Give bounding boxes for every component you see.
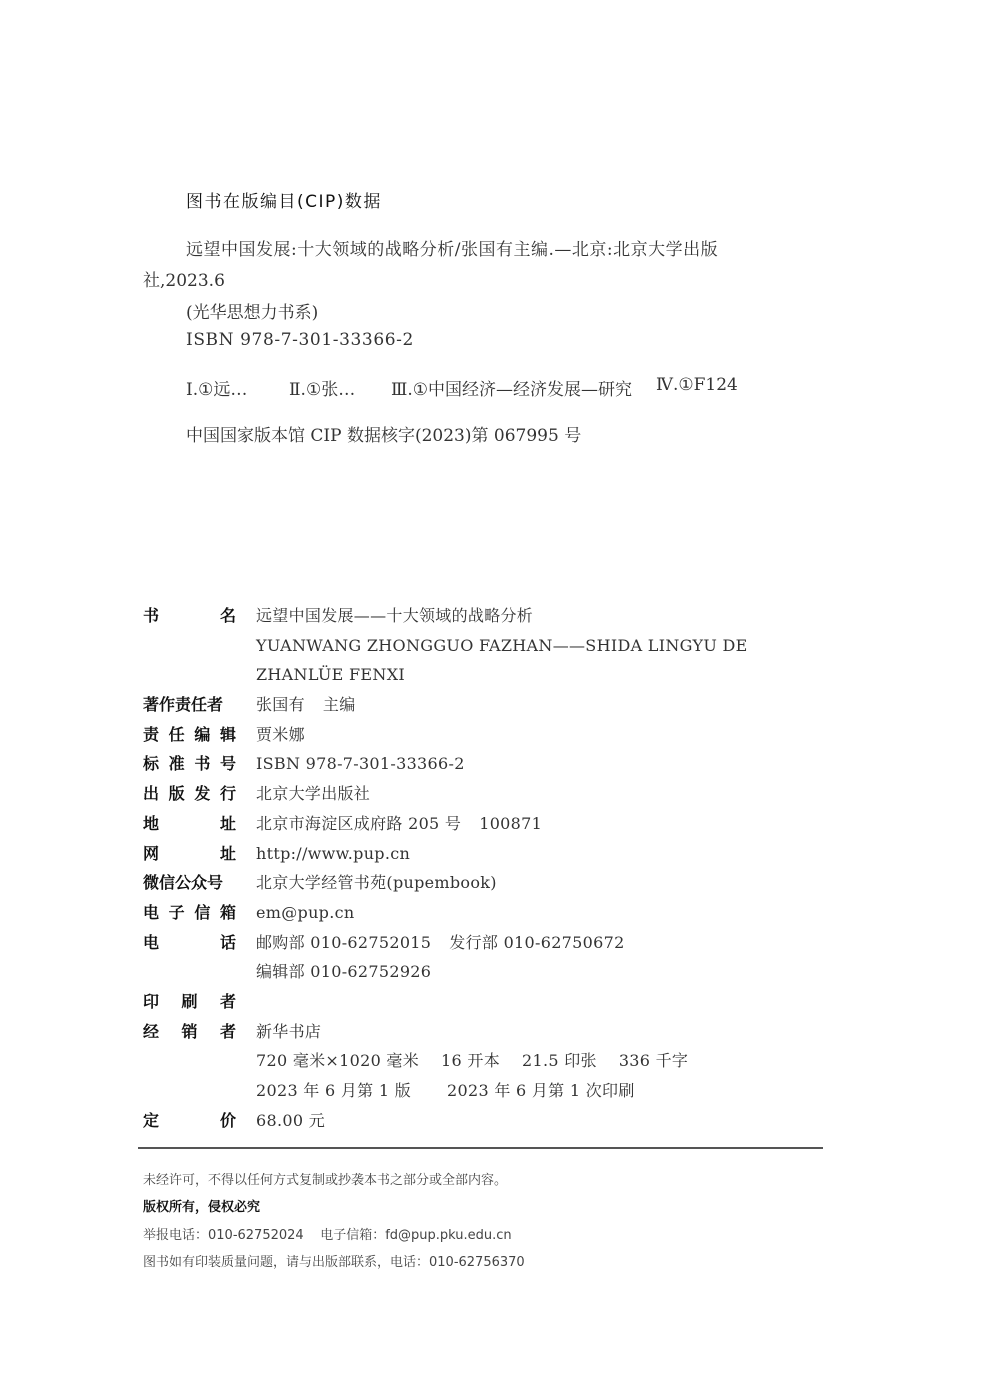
- values-editor: 贾米娜: [256, 723, 305, 753]
- label-text: 著作责任者: [143, 693, 223, 723]
- cip-classification: Ⅰ.①远… Ⅱ.①张… Ⅲ.①中国经济—经济发展—研究 Ⅳ.①F124: [186, 375, 738, 400]
- label-char: 电: [143, 931, 159, 961]
- row-wechat: 微信公众号 北京大学经管书苑(pupembook): [143, 871, 833, 901]
- report-contact: 举报电话：010-62752024 电子信箱：fd@pup.pku.edu.cn: [143, 1224, 512, 1243]
- isbn-value: ISBN 978-7-301-33366-2: [256, 752, 465, 782]
- printing: 2023 年 6 月第 1 次印刷: [447, 1081, 635, 1100]
- address-street: 北京市海淀区成府路 205 号: [256, 814, 461, 833]
- row-editor: 责 任 编 辑 贾米娜: [143, 723, 833, 753]
- label-char: 销: [181, 1020, 197, 1050]
- row-email: 电 子 信 箱 em@pup.cn: [143, 901, 833, 931]
- spec-sheets: 21.5 印张: [522, 1051, 597, 1070]
- label-char: 价: [220, 1109, 236, 1139]
- book-title-cn: 远望中国发展——十大领域的战略分析: [256, 604, 748, 634]
- copyright-info-table: 书 名 远望中国发展——十大领域的战略分析 YUANWANG ZHONGGUO …: [143, 604, 833, 1138]
- author-role: 主编: [323, 695, 356, 714]
- divider-line: [138, 1147, 823, 1149]
- row-printer: 印 刷 者: [143, 990, 833, 1020]
- row-website: 网 址 http://www.pup.cn: [143, 842, 833, 872]
- copy-notice: 未经许可，不得以任何方式复制或抄袭本书之部分或全部内容。: [143, 1169, 507, 1188]
- cip-heading: 图书在版编目(CIP)数据: [186, 187, 382, 212]
- label-char: 地: [143, 812, 159, 842]
- values-email: em@pup.cn: [256, 901, 354, 931]
- distributor-value: 新华书店: [256, 1020, 688, 1050]
- row-address: 地 址 北京市海淀区成府路 205 号100871: [143, 812, 833, 842]
- spec-size: 720 毫米×1020 毫米: [256, 1051, 419, 1070]
- address-postcode: 100871: [479, 814, 542, 833]
- price-value: 68.00 元: [256, 1109, 325, 1139]
- label-char: 者: [220, 990, 236, 1020]
- publisher-value: 北京大学出版社: [256, 782, 370, 812]
- label-char: 经: [143, 1020, 159, 1050]
- values-author: 张国有主编: [256, 693, 356, 723]
- rights-reserved: 版权所有，侵权必究: [143, 1196, 260, 1215]
- label-author: 著作责任者: [143, 693, 236, 723]
- spec-format: 16 开本: [441, 1051, 500, 1070]
- row-isbn: 标 准 书 号 ISBN 978-7-301-33366-2: [143, 752, 833, 782]
- book-title-pinyin-1: YUANWANG ZHONGGUO FAZHAN——SHIDA LINGYU D…: [256, 634, 748, 664]
- values-book-title: 远望中国发展——十大领域的战略分析 YUANWANG ZHONGGUO FAZH…: [256, 604, 748, 693]
- row-price: 定 价 68.00 元: [143, 1109, 833, 1139]
- values-distributor: 新华书店 720 毫米×1020 毫米16 开本21.5 印张336 千字 20…: [256, 1020, 688, 1109]
- label-website: 网 址: [143, 842, 236, 872]
- values-wechat: 北京大学经管书苑(pupembook): [256, 871, 497, 901]
- email-value: em@pup.cn: [256, 901, 354, 931]
- wechat-value: 北京大学经管书苑(pupembook): [256, 871, 497, 901]
- edition: 2023 年 6 月第 1 版: [256, 1081, 411, 1100]
- label-phone: 电 话: [143, 931, 236, 961]
- phone-line-1: 邮购部 010-62752015发行部 010-62750672: [256, 931, 625, 961]
- row-book-title: 书 名 远望中国发展——十大领域的战略分析 YUANWANG ZHONGGUO …: [143, 604, 833, 693]
- label-char: 信: [194, 901, 210, 931]
- spec-words: 336 千字: [619, 1051, 688, 1070]
- author-value: 张国有主编: [256, 693, 356, 723]
- label-char: 标: [143, 752, 159, 782]
- row-distributor: 经 销 者 新华书店 720 毫米×1020 毫米16 开本21.5 印张336…: [143, 1020, 833, 1109]
- cip-description-line-2: 社,2023.6: [143, 266, 225, 291]
- label-char: 辑: [220, 723, 236, 753]
- label-char: 编: [194, 723, 210, 753]
- label-email: 电 子 信 箱: [143, 901, 236, 931]
- cip-class-1: Ⅰ.①远…: [186, 375, 289, 400]
- label-wechat: 微信公众号: [143, 871, 236, 901]
- row-publisher: 出 版 发 行 北京大学出版社: [143, 782, 833, 812]
- cip-series: (光华思想力书系): [186, 298, 318, 323]
- phone-mail-order: 邮购部 010-62752015: [256, 933, 431, 952]
- label-printer: 印 刷 者: [143, 990, 236, 1020]
- row-phone: 电 话 邮购部 010-62752015发行部 010-62750672 编辑部…: [143, 931, 833, 990]
- label-price: 定 价: [143, 1109, 236, 1139]
- label-char: 话: [220, 931, 236, 961]
- values-publisher: 北京大学出版社: [256, 782, 370, 812]
- label-char: 责: [143, 723, 159, 753]
- label-char: 者: [220, 1020, 236, 1050]
- label-char: 书: [143, 604, 159, 634]
- cip-class-4: Ⅳ.①F124: [656, 375, 738, 400]
- label-char: 书: [194, 752, 210, 782]
- cip-record-number: 中国国家版本馆 CIP 数据核字(2023)第 067995 号: [186, 421, 581, 446]
- label-editor: 责 任 编 辑: [143, 723, 236, 753]
- address-value: 北京市海淀区成府路 205 号100871: [256, 812, 542, 842]
- label-char: 印: [143, 990, 159, 1020]
- label-char: 刷: [181, 990, 197, 1020]
- phone-editorial: 编辑部 010-62752926: [256, 960, 625, 990]
- values-phone: 邮购部 010-62752015发行部 010-62750672 编辑部 010…: [256, 931, 625, 990]
- label-char: 箱: [220, 901, 236, 931]
- quality-contact: 图书如有印装质量问题，请与出版部联系，电话：010-62756370: [143, 1251, 525, 1270]
- label-char: 准: [169, 752, 185, 782]
- label-char: 版: [169, 782, 185, 812]
- book-title-pinyin-2: ZHANLÜE FENXI: [256, 663, 748, 693]
- label-char: 出: [143, 782, 159, 812]
- values-website: http://www.pup.cn: [256, 842, 410, 872]
- label-char: 任: [169, 723, 185, 753]
- label-char: 发: [194, 782, 210, 812]
- label-char: 址: [220, 842, 236, 872]
- label-publisher: 出 版 发 行: [143, 782, 236, 812]
- label-isbn: 标 准 书 号: [143, 752, 236, 782]
- author-name: 张国有: [256, 695, 305, 714]
- cip-class-2: Ⅱ.①张…: [289, 375, 391, 400]
- label-char: 网: [143, 842, 159, 872]
- label-char: 名: [220, 604, 236, 634]
- label-char: 定: [143, 1109, 159, 1139]
- cip-description-line-1: 远望中国发展:十大领域的战略分析/张国有主编.—北京:北京大学出版: [186, 235, 718, 260]
- label-char: 子: [169, 901, 185, 931]
- values-isbn: ISBN 978-7-301-33366-2: [256, 752, 465, 782]
- label-distributor: 经 销 者: [143, 1020, 236, 1050]
- book-specs: 720 毫米×1020 毫米16 开本21.5 印张336 千字: [256, 1049, 688, 1079]
- label-address: 地 址: [143, 812, 236, 842]
- website-value: http://www.pup.cn: [256, 842, 410, 872]
- label-text: 微信公众号: [143, 871, 223, 901]
- label-char: 电: [143, 901, 159, 931]
- label-char: 址: [220, 812, 236, 842]
- edition-info: 2023 年 6 月第 1 版2023 年 6 月第 1 次印刷: [256, 1079, 688, 1109]
- cip-isbn: ISBN 978-7-301-33366-2: [186, 330, 414, 350]
- phone-distribution: 发行部 010-62750672: [449, 933, 624, 952]
- label-char: 行: [220, 782, 236, 812]
- row-author: 著作责任者 张国有主编: [143, 693, 833, 723]
- label-book-title: 书 名: [143, 604, 236, 634]
- values-address: 北京市海淀区成府路 205 号100871: [256, 812, 542, 842]
- values-price: 68.00 元: [256, 1109, 325, 1139]
- label-char: 号: [220, 752, 236, 782]
- editor-value: 贾米娜: [256, 723, 305, 753]
- cip-class-3: Ⅲ.①中国经济—经济发展—研究: [391, 375, 656, 400]
